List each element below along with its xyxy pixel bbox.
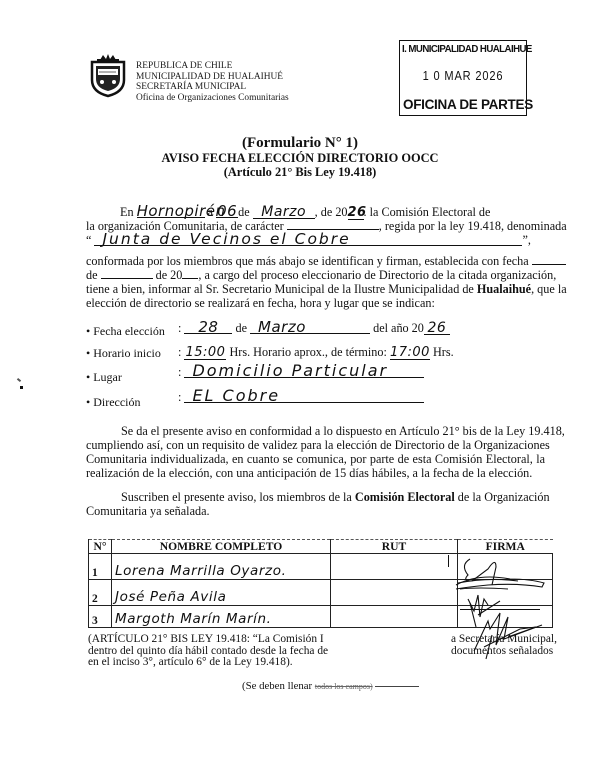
intro-line-7: elección de directorio se realizará en f… <box>86 296 435 310</box>
field-horario-label: • Horario inicio <box>86 346 161 360</box>
header-number: N° <box>89 540 112 554</box>
address-field[interactable]: EL Cobre <box>184 390 424 403</box>
place-field[interactable]: Hornopirén <box>137 205 205 218</box>
header-signature: FIRMA <box>458 540 553 554</box>
established-year-field[interactable] <box>182 278 198 279</box>
field-direccion-row: : EL Cobre <box>178 390 424 404</box>
field-fecha-label: • Fecha elección <box>86 324 165 338</box>
letterhead: REPUBLICA DE CHILE MUNICIPALIDAD DE HUAL… <box>136 61 289 103</box>
legal-paragraph-line-4: realización de la elección, con una anti… <box>86 466 532 480</box>
member-rut-field[interactable] <box>331 554 458 580</box>
field-lugar-row: : Domicilio Particular <box>178 365 424 379</box>
form-article-reference: (Artículo 21° Bis Ley 19.418) <box>0 165 600 180</box>
member-rut-field[interactable] <box>331 580 458 606</box>
intro-line-6: tiene a bien, informar al Sr. Secretario… <box>86 282 567 296</box>
month-field[interactable]: Marzo <box>253 206 315 219</box>
member-name-field[interactable]: José Peña Avila <box>112 580 331 606</box>
stamp-municipality: I. MUNICIPALIDAD HUALAIHUE <box>402 43 532 55</box>
letterhead-office: Oficina de Organizaciones Comunitarias <box>136 93 289 104</box>
place-of-election-field[interactable]: Domicilio Particular <box>184 365 424 378</box>
field-fecha-row: : 28 de Marzo del año 2026 <box>178 321 450 335</box>
municipal-crest-logo <box>88 52 128 98</box>
intro-line-3: “ Junta de Vecinos el Cobre”, <box>86 233 541 247</box>
intro-line-5: de de 20, a cargo del proceso eleccionar… <box>86 268 556 282</box>
scan-mark <box>17 378 21 382</box>
letterhead-secretariat: SECRETARÍA MUNICIPAL <box>136 82 289 93</box>
field-horario-row: : 15:00 Hrs. Horario aprox., de término:… <box>178 345 454 360</box>
signatories-paragraph-line-1: Suscriben el presente aviso, los miembro… <box>121 490 550 504</box>
scan-mark <box>20 386 23 389</box>
member-name-field[interactable]: Lorena Marrilla Oyarzo. <box>112 554 331 580</box>
legal-paragraph-line-2: cumpliendo así, con un requisito de vali… <box>86 438 545 452</box>
letterhead-country: REPUBLICA DE CHILE <box>136 61 289 72</box>
election-day-field[interactable]: 28 <box>184 321 232 334</box>
letterhead-municipality: MUNICIPALIDAD DE HUALAIHUÉ <box>136 72 289 83</box>
legal-paragraph-line-1: Se da el presente aviso en conformidad a… <box>121 424 565 438</box>
row-number: 3 <box>89 606 112 628</box>
member-name-field[interactable]: Margoth Marín Marín. <box>112 606 331 628</box>
established-month-field[interactable] <box>101 278 153 279</box>
organization-name-field[interactable]: Junta de Vecinos el Cobre <box>94 233 522 246</box>
header-rut: RUT <box>331 540 458 554</box>
member-rut-field[interactable] <box>331 606 458 628</box>
intro-line-4: conformada por los miembros que más abaj… <box>86 254 566 268</box>
established-day-field[interactable] <box>532 264 566 265</box>
stamp-office: OFICINA DE PARTES <box>403 97 533 112</box>
election-month-field[interactable]: Marzo <box>250 321 370 334</box>
day-field[interactable]: 06 <box>216 205 238 218</box>
field-lugar-label: • Lugar <box>86 370 122 384</box>
footnote-left: (ARTÍCULO 21° BIS LEY 19.418: “La Comisi… <box>88 634 328 669</box>
end-time-field[interactable]: 17:00 <box>390 347 430 360</box>
field-direccion-label: • Dirección <box>86 395 141 409</box>
row-number: 1 <box>89 554 112 580</box>
footnote-right: a Secretaría Municipal, documentos señal… <box>451 634 557 657</box>
row-number: 2 <box>89 580 112 606</box>
election-year-field[interactable]: 26 <box>424 322 450 335</box>
fill-all-fields-note: (Se deben llenar todos los campos) <box>242 681 419 693</box>
table-header-row: N° NOMBRE COMPLETO RUT FIRMA <box>89 540 553 554</box>
header-full-name: NOMBRE COMPLETO <box>112 540 331 554</box>
legal-paragraph-line-3: Comunitaria individualizada, en cuanto s… <box>86 452 545 466</box>
intro-line-1: En Hornopirén a 06de Marzo, de 2026. la … <box>120 205 490 220</box>
stamp-date: 1 0 MAR 2026 <box>409 68 516 83</box>
signatories-paragraph-line-2: Comunitaria ya señalada. <box>86 504 210 518</box>
start-time-field[interactable]: 15:00 <box>184 347 226 360</box>
form-heading: AVISO FECHA ELECCIÓN DIRECTORIO OOCC <box>0 151 600 166</box>
form-number-title: (Formulario N° 1) <box>0 135 600 152</box>
reception-stamp: I. MUNICIPALIDAD HUALAIHUE 1 0 MAR 2026 … <box>399 40 527 116</box>
